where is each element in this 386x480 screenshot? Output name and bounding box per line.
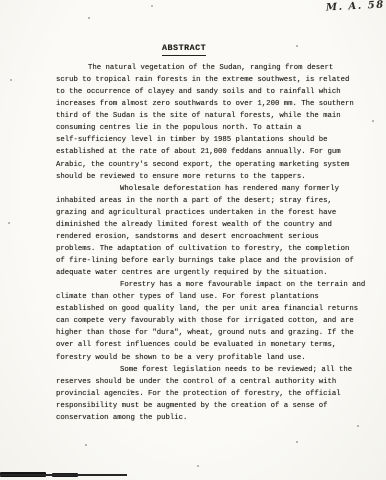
scan-speck <box>197 465 199 467</box>
document-line: forestry would be shown to be a very pro… <box>56 352 368 364</box>
document-line: The natural vegetation of the Sudan, ran… <box>56 62 368 74</box>
document-line: rendered erosion, sandstorms and desert … <box>56 231 368 243</box>
document-line: Wholesale deforestation has rendered man… <box>56 183 368 195</box>
scan-speck <box>296 45 298 47</box>
document-line: self-sufficiency level in timber by 1985… <box>56 134 368 146</box>
handwritten-annotation: M. A. 58 <box>326 0 385 14</box>
scan-speck <box>357 425 359 427</box>
document-line: inhabited areas in the north a part of t… <box>56 195 368 207</box>
document-line: consuming centres lie in the populous no… <box>56 122 368 134</box>
scanned-document-page: M. A. 58 ABSTRACT The natural vegetation… <box>0 0 386 480</box>
document-line: to the occurrence of clayey and sandy so… <box>56 86 368 98</box>
document-line: of fire-lining before early burnings tak… <box>56 255 368 267</box>
document-line: third of the Sudan is the site of natura… <box>56 110 368 122</box>
document-line: provincial agencies. For the protection … <box>56 388 368 400</box>
document-line: problems. The adaptation of cultivation … <box>56 243 368 255</box>
document-line: Some forest legislation needs to be revi… <box>56 364 368 376</box>
document-line: Arabic, the country's second export, the… <box>56 159 368 171</box>
scan-speck <box>296 441 298 443</box>
document-line: Forestry has a more favourable impact on… <box>56 279 368 291</box>
scan-speck <box>372 120 374 122</box>
document-line: reserves should be under the control of … <box>56 376 368 388</box>
document-line: responsibility must be augmented by the … <box>56 400 368 412</box>
document-line: should be reviewed to ensure more return… <box>56 171 368 183</box>
document-body: The natural vegetation of the Sudan, ran… <box>56 62 368 424</box>
scan-speck <box>85 444 87 446</box>
document-line: scrub to tropical rain forests in the ex… <box>56 74 368 86</box>
document-line: can compete very favourably with those f… <box>56 315 368 327</box>
document-line: diminished the already limited forest we… <box>56 219 368 231</box>
scan-artifact-line <box>0 474 127 476</box>
document-line: higher than those for "dura", wheat, gro… <box>56 327 368 339</box>
document-line: increases from almost zero southwards to… <box>56 98 368 110</box>
document-line: conservation among the public. <box>56 412 368 424</box>
document-line: established on good quality land, the pe… <box>56 303 368 315</box>
document-line: grazing and agricultural practices under… <box>56 207 368 219</box>
document-line: climate than other types of land use. Fo… <box>56 291 368 303</box>
scan-speck <box>88 17 90 19</box>
document-line: established at the rate of about 21,000 … <box>56 146 368 158</box>
scan-speck <box>10 79 12 81</box>
scan-speck <box>8 222 10 224</box>
document-title: ABSTRACT <box>162 43 206 56</box>
scan-speck <box>151 5 153 7</box>
scan-speck <box>130 390 132 392</box>
document-line: over all forest influences could be eval… <box>56 339 368 351</box>
document-line: adequate water centres are urgently requ… <box>56 267 368 279</box>
